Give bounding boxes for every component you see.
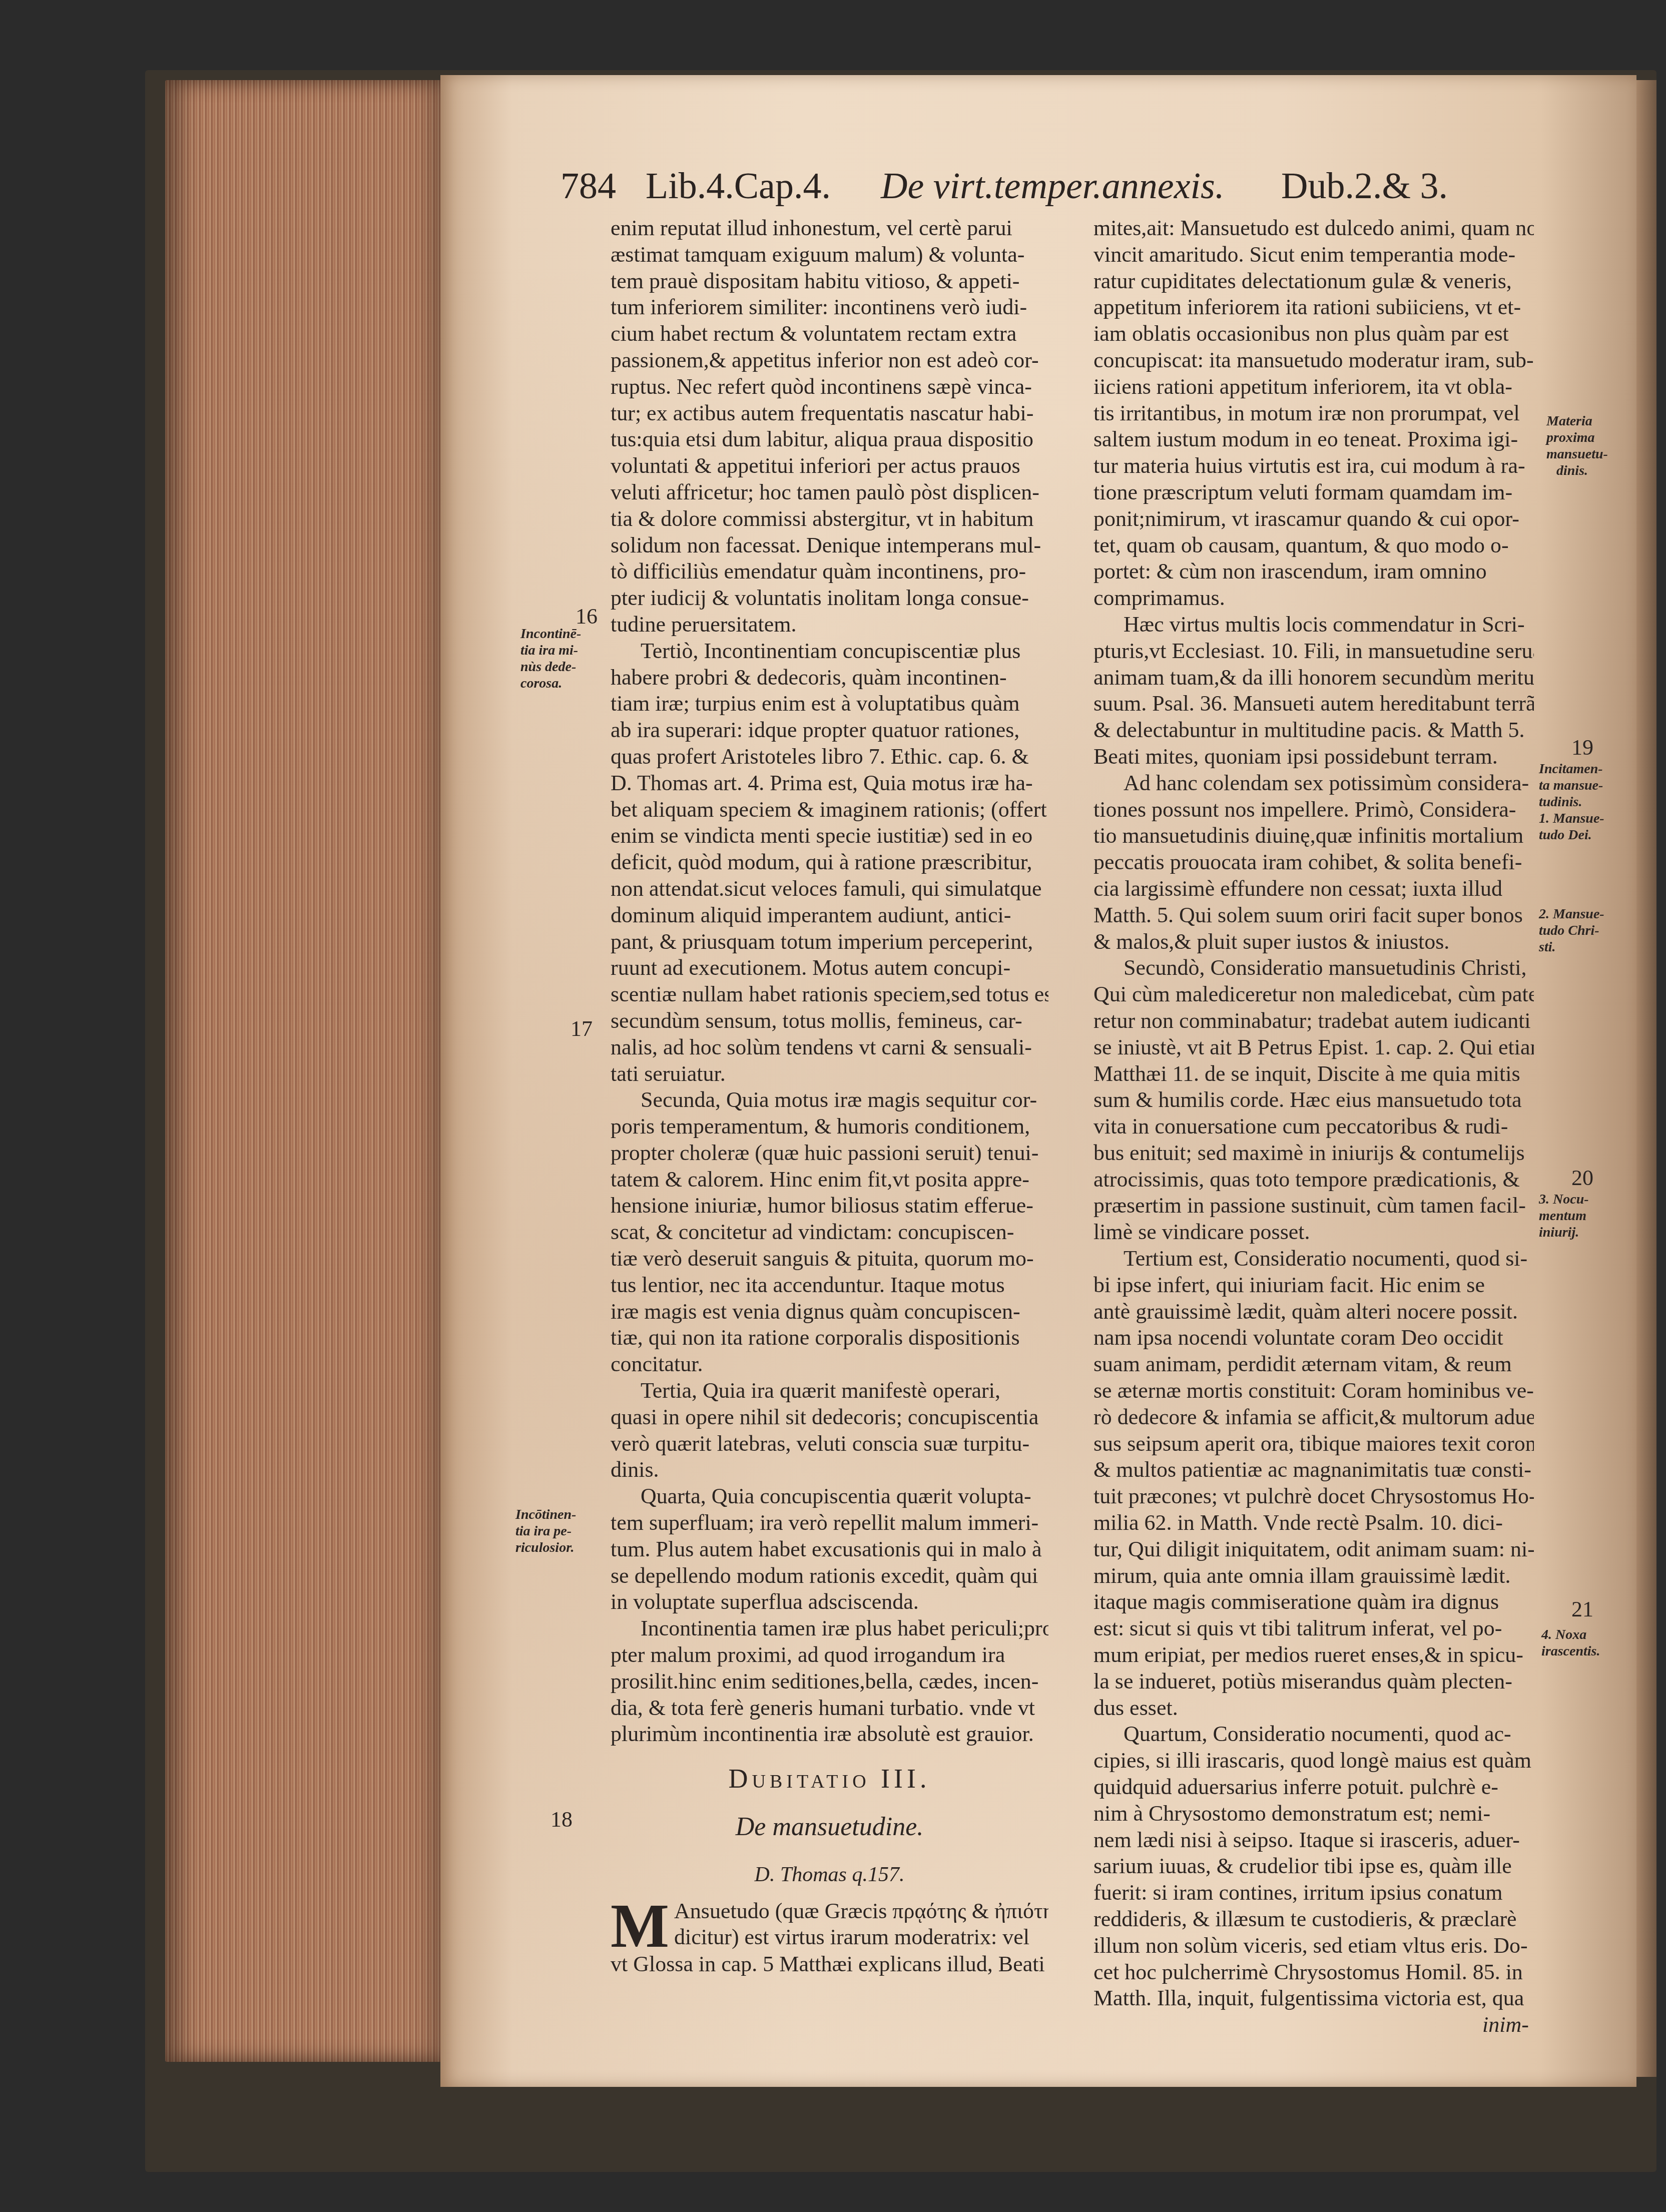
- text-line: est: sicut si quis vt tibi talitrum infe…: [1093, 1615, 1534, 1642]
- margin-note-line: proxima: [1546, 429, 1608, 446]
- text-line: & multos patientiæ ac magnanimitatis tuæ…: [1093, 1457, 1534, 1483]
- text-line: saltem iustum modum in eo teneat. Proxim…: [1093, 426, 1534, 453]
- text-line: Qui cùm malediceretur non maledicebat, c…: [1093, 981, 1534, 1008]
- text-line: passionem,& appetitus inferior non est a…: [611, 347, 1048, 374]
- text-line: sarium iuuas, & crudelior tibi ipse es, …: [1093, 1853, 1534, 1880]
- margin-note-16: Incontinē- tia ira mi- nùs dede- corosa.: [520, 626, 581, 692]
- text-line: vt Glossa in cap. 5 Matthæi explicans il…: [611, 1951, 1048, 1978]
- text-line: illum non solùm viceris, sed etiam vltus…: [1093, 1933, 1534, 1959]
- paragraph-16: Tertiò, Incontinentiam concupiscentiæ pl…: [611, 638, 1048, 1087]
- text-line: suam animam, perdidit æternam vitam, & r…: [1093, 1351, 1534, 1378]
- text-line: voluntati & appetitui inferiori per actu…: [611, 453, 1048, 479]
- text-line: & delectabuntur in multitudine pacis. & …: [1093, 717, 1534, 744]
- text-line: tò difficiliùs emendatur quàm incontinen…: [611, 559, 1048, 585]
- paragraph-number-19: 19: [1571, 735, 1593, 760]
- text-line: bi ipse infert, qui iniuriam facit. Hic …: [1093, 1272, 1534, 1299]
- text-line: atrocissimis, quas toto tempore prædicat…: [1093, 1167, 1534, 1193]
- text-line: concitatur.: [611, 1351, 1048, 1378]
- text-line: veluti affricetur; hoc tamen paulò pòst …: [611, 479, 1048, 506]
- text-line: tur materia huius virtutis est ira, cui …: [1093, 453, 1534, 479]
- text-line: itaque magis commiseratione quàm ira dig…: [1093, 1589, 1534, 1615]
- text-line: dicitur) est virtus irarum moderatrix: v…: [674, 1924, 1048, 1951]
- book-chapter-label: Lib.4.Cap.4.: [646, 165, 831, 208]
- text-line: concupiscat: ita mansuetudo moderatur ir…: [1093, 347, 1534, 374]
- text-line: Incontinentia tamen iræ plus habet peric…: [611, 1615, 1048, 1642]
- text-line: propter choleræ (quæ huic passioni serui…: [611, 1140, 1048, 1167]
- text-line: nalis, ad hoc solùm tendens vt carni & s…: [611, 1034, 1048, 1061]
- margin-note-incontinentia: Incōtinen- tia ira pe- riculosior.: [515, 1506, 576, 1556]
- text-line: Matthæi 11. de se inquit, Discite à me q…: [1093, 1061, 1534, 1087]
- text-line: secundùm sensum, totus mollis, femineus,…: [611, 1008, 1048, 1034]
- text-line: Tertiò, Incontinentiam concupiscentiæ pl…: [611, 638, 1048, 665]
- text-line: iam oblatis occasionibus non plus quàm p…: [1093, 321, 1534, 347]
- paragraph-number-20: 20: [1571, 1165, 1593, 1191]
- text-line: ponit;nimirum, vt irascamur quando & cui…: [1093, 506, 1534, 532]
- text-line: pturis,vt Ecclesiast. 10. Fili, in mansu…: [1093, 638, 1534, 665]
- paragraph-continued: enim reputat illud inhonestum, vel certè…: [611, 215, 1048, 638]
- section-reference: D. Thomas q.157.: [611, 1862, 1048, 1888]
- text-line: deficit, quòd modum, qui à ratione præsc…: [611, 849, 1048, 876]
- text-line: tis irritantibus, in motum iræ non proru…: [1093, 400, 1534, 427]
- text-line: tus:quia etsi dum labitur, aliqua praua …: [611, 426, 1048, 453]
- text-line: vincit amaritudo. Sicut enim temperantia…: [1093, 242, 1534, 268]
- text-line: la se indueret, potiùs miserandus quàm p…: [1093, 1669, 1534, 1695]
- text-line: in voluptate superflua adsciscenda.: [611, 1589, 1048, 1615]
- margin-note-line: mentum: [1539, 1208, 1589, 1224]
- text-line: dominum aliquid imperantem audiunt, anti…: [611, 902, 1048, 929]
- text-line: tatem & calorem. Hinc enim fit,vt posita…: [611, 1167, 1048, 1193]
- margin-note-20: 3. Nocu- mentum iniurij.: [1539, 1191, 1589, 1241]
- text-line: præsertim in passione sustinuit, cùm tam…: [1093, 1193, 1534, 1219]
- text-line: tiæ, qui non ita ratione corporalis disp…: [611, 1325, 1048, 1351]
- paragraph-19: Ad hanc colendam sex potissimùm consider…: [1093, 770, 1534, 955]
- text-line: tur, Qui diligit iniquitatem, odit anima…: [1093, 1536, 1534, 1563]
- text-line: retur non comminabatur; tradebat autem i…: [1093, 1008, 1534, 1034]
- text-line: animam tuam,& da illi honorem secundùm m…: [1093, 665, 1534, 691]
- margin-note-line: Materia: [1546, 413, 1608, 429]
- text-line: pant, & priusquam totum imperium percepe…: [611, 929, 1048, 955]
- catchword: inim-: [1093, 2012, 1534, 2038]
- section-subtitle: De mansuetudine.: [611, 1814, 1048, 1841]
- text-line: hensione iniuriæ, humor biliosus statim …: [611, 1193, 1048, 1219]
- margin-note-line: ta mansue-: [1539, 777, 1604, 794]
- text-line: se iniustè, vt ait B Petrus Epist. 1. ca…: [1093, 1034, 1534, 1061]
- text-line: antè grauissimè lædit, quàm alteri nocer…: [1093, 1299, 1534, 1325]
- text-line: habere probri & dedecoris, quàm incontin…: [611, 665, 1048, 691]
- text-line: comprimamus.: [1093, 585, 1534, 612]
- facing-page-edge: [1636, 80, 1656, 2077]
- margin-note-19: Incitamen- ta mansue- tudinis. 1. Mansue…: [1539, 761, 1604, 843]
- text-line: Matth. 5. Qui solem suum oriri facit sup…: [1093, 902, 1534, 929]
- margin-note-line: dinis.: [1546, 462, 1608, 479]
- text-line: mites,ait: Mansuetudo est dulcedo animi,…: [1093, 215, 1534, 242]
- text-line: ruunt ad executionem. Motus autem concup…: [611, 955, 1048, 981]
- text-line: sus seipsum aperit ora, tibique maiores …: [1093, 1431, 1534, 1457]
- text-line: Tertia, Quia ira quærit manifestè operar…: [611, 1378, 1048, 1404]
- paragraph-number-21: 21: [1571, 1596, 1593, 1622]
- text-line: cipies, si illi irascaris, quod longè ma…: [1093, 1748, 1534, 1774]
- text-line: D. Thomas art. 4. Prima est, Quia motus …: [611, 770, 1048, 797]
- text-line: ruptus. Nec refert quòd incontinens sæpè…: [611, 374, 1048, 400]
- text-line: tur; ex actibus autem frequentatis nasca…: [611, 400, 1048, 427]
- running-header: 784 Lib.4.Cap.4. De virt.temper.annexis.…: [561, 165, 1471, 215]
- text-line: cium habet rectum & voluntatem rectam ex…: [611, 321, 1048, 347]
- paragraph-incontinentia: Incontinentia tamen iræ plus habet peric…: [611, 1615, 1048, 1748]
- text-line: mirum, quia ante omnia illam grauissimè …: [1093, 1563, 1534, 1589]
- text-line: tio mansuetudinis diuinę,quæ infinitis m…: [1093, 823, 1534, 849]
- paragraph-20: Tertium est, Consideratio nocumenti, quo…: [1093, 1246, 1534, 1721]
- margin-note-line: Incontinē-: [520, 626, 581, 642]
- margin-note-line: corosa.: [520, 675, 581, 692]
- paragraph-number-17: 17: [571, 1016, 593, 1041]
- paragraph-secundo: Secundò, Consideratio mansuetudinis Chri…: [1093, 955, 1534, 1246]
- text-line: peccatis prouocata iram cohibet, & solit…: [1093, 849, 1534, 876]
- right-text-column: mites,ait: Mansuetudo est dulcedo animi,…: [1093, 215, 1534, 2038]
- paragraph-number-18: 18: [550, 1807, 573, 1832]
- text-line: scentiæ nullam habet rationis speciem,se…: [611, 981, 1048, 1008]
- margin-note-line: 4. Noxa: [1541, 1626, 1600, 1643]
- margin-note-line: iniurij.: [1539, 1224, 1589, 1241]
- text-line: Tertium est, Consideratio nocumenti, quo…: [1093, 1246, 1534, 1272]
- text-line: Ansuetudo (quæ Græcis πρᾳότης & ἠπιότης: [674, 1898, 1048, 1925]
- paragraph-tertia: Tertia, Quia ira quærit manifestè operar…: [611, 1378, 1048, 1483]
- text-line: tet, quam ob causam, quantum, & quo modo…: [1093, 532, 1534, 559]
- text-line: cet hoc pulcherrimè Chrysostomus Homil. …: [1093, 1959, 1534, 1986]
- text-line: portet: & cùm non irascendum, iram omnin…: [1093, 559, 1534, 585]
- text-line: reddideris, & illæsum te custodieris, & …: [1093, 1906, 1534, 1933]
- text-line: Hæc virtus multis locis commendatur in S…: [1093, 612, 1534, 638]
- text-line: solidum non facessat. Denique intemperan…: [611, 532, 1048, 559]
- text-line: bus enituit; sed maximè in iniurijs & co…: [1093, 1140, 1534, 1167]
- text-line: non attendat.sicut veloces famuli, qui s…: [611, 876, 1048, 902]
- text-line: tem superfluam; ira verò repellit malum …: [611, 1510, 1048, 1536]
- margin-note-materia: Materia proxima mansuetu- dinis.: [1546, 413, 1608, 479]
- text-line: prosilit.hinc enim seditiones,bella, cæd…: [611, 1669, 1048, 1695]
- paragraph-18: M Ansuetudo (quæ Græcis πρᾳότης & ἠπιότη…: [611, 1898, 1048, 1978]
- margin-note-line: riculosior.: [515, 1539, 576, 1556]
- text-line: se æternæ mortis constituit: Coram homin…: [1093, 1378, 1534, 1404]
- margin-note-21: 4. Noxa irascentis.: [1541, 1626, 1600, 1660]
- text-line: Quarta, Quia concupiscentia quærit volup…: [611, 1483, 1048, 1510]
- text-line: æstimat tamquam exiguum malum) & volunta…: [611, 242, 1048, 268]
- drop-capital: M: [611, 1901, 669, 1951]
- text-line: limè se vindicare posset.: [1093, 1219, 1534, 1246]
- paragraph-quarta: Quarta, Quia concupiscentia quærit volup…: [611, 1483, 1048, 1615]
- text-line: nem lædi nisi à seipso. Itaque si irasce…: [1093, 1827, 1534, 1854]
- text-line: tuit præcones; vt pulchrè docet Chrysost…: [1093, 1483, 1534, 1510]
- margin-note-line: 2. Mansue-: [1539, 906, 1604, 922]
- text-line: enim se vindicta menti specie iustitiæ) …: [611, 823, 1048, 849]
- text-line: mum eripiat, per medios rueret enses,& i…: [1093, 1642, 1534, 1669]
- paragraph-17: Secunda, Quia motus iræ magis sequitur c…: [611, 1087, 1048, 1378]
- section-heading: Dubitatio III.: [611, 1766, 1048, 1792]
- text-line: Quartum, Consideratio nocumenti, quod ac…: [1093, 1721, 1534, 1748]
- text-line: ratur cupiditates delectationum gulæ & v…: [1093, 268, 1534, 295]
- text-line: vita in conuersatione cum peccatoribus &…: [1093, 1114, 1534, 1140]
- text-line: tiæ verò deseruit sanguis & pituita, quo…: [611, 1246, 1048, 1272]
- text-line: Secunda, Quia motus iræ magis sequitur c…: [611, 1087, 1048, 1114]
- text-line: & malos,& pluit super iustos & iniustos.: [1093, 929, 1534, 955]
- text-line: cia largissimè effundere non cessat; iux…: [1093, 876, 1534, 902]
- text-line: quas profert Aristoteles libro 7. Ethic.…: [611, 744, 1048, 770]
- margin-note-line: nùs dede-: [520, 659, 581, 675]
- paragraph-mansuetudo-def: mites,ait: Mansuetudo est dulcedo animi,…: [1093, 215, 1534, 612]
- text-line: quidquid aduersarius inferre potuit. pul…: [1093, 1774, 1534, 1801]
- margin-note-line: irascentis.: [1541, 1643, 1600, 1660]
- text-line: fuerit: si iram contines, irritum ipsius…: [1093, 1880, 1534, 1906]
- text-line: Matth. Illa, inquit, fulgentissima victo…: [1093, 1985, 1534, 2012]
- text-line: verò quærit latebras, veluti conscia suæ…: [611, 1431, 1048, 1457]
- text-line: bet aliquam speciem & imaginem rationis;…: [611, 797, 1048, 823]
- text-line: iræ magis est venia dignus quàm concupis…: [611, 1299, 1048, 1325]
- text-line: pter malum proximi, ad quod irrogandum i…: [611, 1642, 1048, 1669]
- running-title: De virt.temper.annexis.: [881, 165, 1224, 208]
- dubitatio-label: Dub.2.& 3.: [1281, 165, 1448, 208]
- text-line: enim reputat illud inhonestum, vel certè…: [611, 215, 1048, 242]
- text-line: nam ipsa nocendi voluntate coram Deo occ…: [1093, 1325, 1534, 1351]
- text-line: plurimùm incontinentia iræ absolutè est …: [611, 1721, 1048, 1748]
- text-line: ab ira superari: idque propter quatuor r…: [611, 717, 1048, 744]
- text-line: tiam iræ; turpius enim est à voluptatibu…: [611, 691, 1048, 717]
- text-line: tati seruiatur.: [611, 1061, 1048, 1087]
- text-line: tione præscriptum veluti formam quamdam …: [1093, 479, 1534, 506]
- text-line: pter iudicij & voluntatis inolitam longa…: [611, 585, 1048, 612]
- paragraph-21: Quartum, Consideratio nocumenti, quod ac…: [1093, 1721, 1534, 2012]
- text-line: quasi in opere nihil sit dedecoris; conc…: [611, 1404, 1048, 1431]
- margin-note-line: tia ira mi-: [520, 642, 581, 659]
- page-block-edge: [165, 80, 445, 2062]
- left-text-column: enim reputat illud inhonestum, vel certè…: [611, 215, 1048, 1977]
- text-line: dia, & tota ferè generis humani turbatio…: [611, 1695, 1048, 1722]
- margin-note-line: tudo Chri-: [1539, 922, 1604, 939]
- text-line: tiones possunt nos impellere. Primò, Con…: [1093, 797, 1534, 823]
- margin-note-line: 3. Nocu-: [1539, 1191, 1589, 1208]
- text-line: tudine peruersitatem.: [611, 612, 1048, 638]
- paragraph-haec-virtus: Hæc virtus multis locis commendatur in S…: [1093, 612, 1534, 770]
- text-line: sum & humilis corde. Hæc eius mansuetudo…: [1093, 1087, 1534, 1114]
- text-line: tus lentior, nec ita accenduntur. Itaque…: [611, 1272, 1048, 1299]
- margin-note-line: sti.: [1539, 939, 1604, 955]
- text-line: scat, & concitetur ad vindictam: concupi…: [611, 1219, 1048, 1246]
- margin-note-christi: 2. Mansue- tudo Chri- sti.: [1539, 906, 1604, 955]
- text-line: dinis.: [611, 1457, 1048, 1483]
- text-line: appetitum inferiorem ita rationi subiici…: [1093, 294, 1534, 321]
- page-number: 784: [561, 165, 616, 208]
- margin-note-line: tia ira pe-: [515, 1523, 576, 1539]
- text-line: suum. Psal. 36. Mansueti autem hereditab…: [1093, 691, 1534, 717]
- text-line: dus esset.: [1093, 1695, 1534, 1722]
- margin-note-line: tudinis.: [1539, 794, 1604, 810]
- text-line: se depellendo modum rationis excedit, qu…: [611, 1563, 1048, 1589]
- text-line: poris temperamentum, & humoris condition…: [611, 1114, 1048, 1140]
- margin-note-line: Incōtinen-: [515, 1506, 576, 1523]
- text-line: Ad hanc colendam sex potissimùm consider…: [1093, 770, 1534, 797]
- margin-note-line: 1. Mansue-: [1539, 810, 1604, 827]
- text-line: Secundò, Consideratio mansuetudinis Chri…: [1093, 955, 1534, 981]
- margin-note-line: Incitamen-: [1539, 761, 1604, 777]
- text-line: iiciens rationi appetitum inferiorem, it…: [1093, 374, 1534, 400]
- text-line: nim à Chrysostomo demonstratum est; nemi…: [1093, 1801, 1534, 1827]
- text-line: rò dedecore & infamia se afficit,& multo…: [1093, 1404, 1534, 1431]
- text-line: Beati mites, quoniam ipsi possidebunt te…: [1093, 744, 1534, 770]
- margin-note-line: tudo Dei.: [1539, 827, 1604, 843]
- text-line: tem prauè dispositam habitu vitioso, & a…: [611, 268, 1048, 295]
- text-line: tum inferiorem similiter: incontinens ve…: [611, 294, 1048, 321]
- text-line: milia 62. in Matth. Vnde rectè Psalm. 10…: [1093, 1510, 1534, 1536]
- text-line: tia & dolore commissi abstergitur, vt in…: [611, 506, 1048, 532]
- margin-note-line: mansuetu-: [1546, 446, 1608, 462]
- text-line: tum. Plus autem habet excusationis qui i…: [611, 1536, 1048, 1563]
